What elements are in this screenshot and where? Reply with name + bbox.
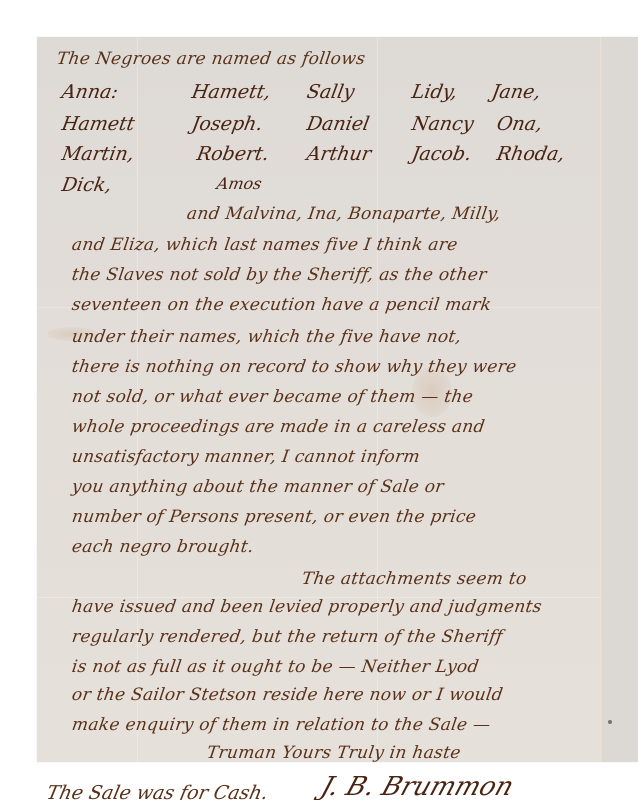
name-cell: Arthur	[305, 143, 373, 165]
name-cell: Jacob.	[410, 143, 473, 165]
body-line: The attachments seem to	[301, 569, 528, 589]
name-cell: Amos	[215, 174, 263, 193]
letter-paper: The Negroes are named as follows Anna: H…	[37, 37, 638, 762]
right-page-flap	[602, 37, 638, 762]
body-line: whole proceedings are made in a careless…	[71, 417, 487, 437]
body-line: and Eliza, which last names five I think…	[71, 235, 459, 255]
paper-spot	[608, 720, 612, 724]
center-fold	[600, 37, 602, 762]
body-line: is not as full as it ought to be — Neith…	[71, 657, 481, 677]
body-line: regularly rendered, but the return of th…	[71, 627, 504, 647]
name-cell: Hamett	[60, 113, 136, 135]
body-line: and Malvina, Ina, Bonaparte, Milly,	[186, 204, 502, 224]
name-cell: Hamett,	[190, 81, 272, 103]
body-line: or the Sailor Stetson reside here now or…	[71, 685, 505, 705]
body-line: make enquiry of them in relation to the …	[71, 715, 492, 735]
name-cell: Ona,	[495, 113, 544, 135]
name-cell: Sally	[305, 81, 356, 103]
name-cell: Anna:	[60, 81, 120, 103]
body-line: seventeen on the execution have a pencil…	[71, 295, 493, 315]
signature: J. B. Brummon	[317, 772, 517, 800]
name-cell: Robert.	[195, 143, 271, 165]
name-cell: Martin,	[60, 143, 136, 165]
body-line: not sold, or what ever became of them — …	[71, 387, 475, 407]
body-line: the Slaves not sold by the Sheriff, as t…	[71, 265, 488, 285]
name-cell: Nancy	[410, 113, 475, 135]
name-cell: Lidy,	[410, 81, 459, 103]
body-line: have issued and been levied properly and…	[71, 597, 544, 617]
closing-line: Truman Yours Truly in haste	[206, 743, 462, 763]
name-cell: Daniel	[305, 113, 371, 135]
body-line: there is nothing on record to show why t…	[71, 357, 518, 377]
body-line: you anything about the manner of Sale or	[71, 477, 446, 497]
name-cell: Jane,	[490, 81, 542, 103]
postscript: The Sale was for Cash.	[45, 782, 270, 800]
name-cell: Dick,	[60, 174, 113, 196]
body-line: number of Persons present, or even the p…	[71, 507, 478, 527]
name-cell: Joseph.	[190, 113, 264, 135]
name-cell: Rhoda,	[495, 143, 566, 165]
body-line: unsatisfactory manner, I cannot inform	[71, 447, 422, 467]
intro-line: The Negroes are named as follows	[56, 49, 367, 69]
body-line: each negro brought.	[71, 537, 255, 557]
body-line: under their names, which the five have n…	[71, 327, 463, 347]
